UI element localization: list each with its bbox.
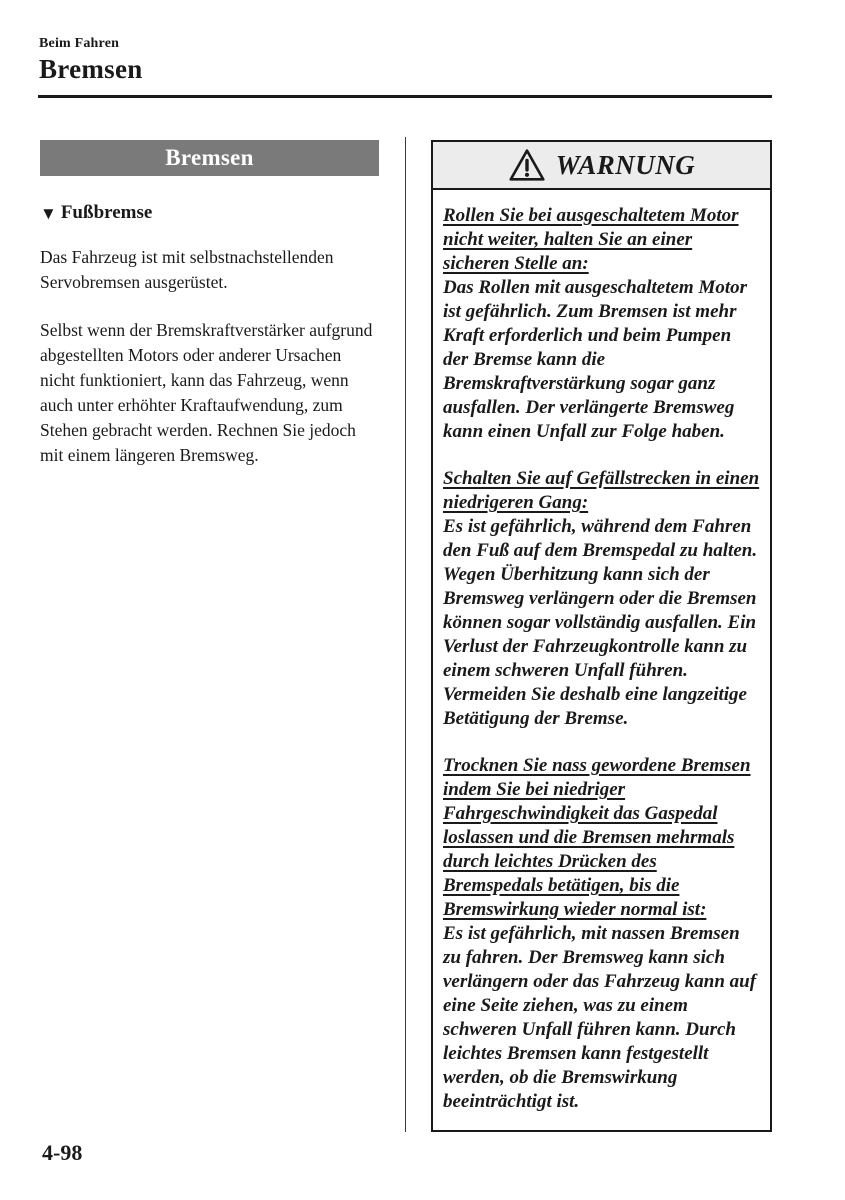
warning-section-text: Das Rollen mit ausgeschaltetem Motor ist… <box>443 276 760 444</box>
page-footer: 4-98 <box>42 1140 82 1166</box>
header-rule <box>38 95 772 98</box>
warning-box: WARNUNG Rollen Sie bei ausgeschaltetem M… <box>431 140 772 1132</box>
warning-section-heading: Rollen Sie bei ausgeschaltetem Motor nic… <box>443 204 760 276</box>
warning-section: Trocknen Sie nass gewordene Bremsen inde… <box>443 754 760 1114</box>
page-title: Bremsen <box>39 54 143 85</box>
warning-triangle-icon <box>508 148 546 182</box>
column-divider <box>405 137 406 1132</box>
warning-section-heading: Schalten Sie auf Gefällstrecken in einen… <box>443 467 760 515</box>
warning-title: WARNUNG <box>556 150 696 181</box>
warning-section-text: Es ist gefährlich, mit nassen Bremsen zu… <box>443 922 760 1114</box>
subsection-title: Fußbremse <box>61 202 152 224</box>
body-paragraph: Das Fahrzeug ist mit selbstnachstellende… <box>40 245 380 295</box>
warning-header: WARNUNG <box>433 142 770 190</box>
page-header: Beim Fahren Bremsen <box>39 36 143 85</box>
warning-section-text: Es ist gefährlich, während dem Fahren de… <box>443 515 760 731</box>
left-column: Bremsen ▼ Fußbremse Das Fahrzeug ist mit… <box>40 140 380 468</box>
warning-section: Rollen Sie bei ausgeschaltetem Motor nic… <box>443 204 760 444</box>
body-paragraph: Selbst wenn der Bremskraftverstärker auf… <box>40 318 380 468</box>
section-header-label: Bremsen <box>165 145 254 171</box>
subsection-heading: ▼ Fußbremse <box>40 202 380 224</box>
triangle-marker-icon: ▼ <box>40 205 57 222</box>
warning-body: Rollen Sie bei ausgeschaltetem Motor nic… <box>433 190 770 1130</box>
chapter-label: Beim Fahren <box>39 36 143 52</box>
section-header-bar: Bremsen <box>40 140 379 176</box>
warning-section-heading: Trocknen Sie nass gewordene Bremsen inde… <box>443 754 760 922</box>
page-number: 4-98 <box>42 1140 82 1165</box>
manual-page: Beim Fahren Bremsen Bremsen ▼ Fußbremse … <box>0 0 845 1200</box>
warning-section: Schalten Sie auf Gefällstrecken in einen… <box>443 467 760 731</box>
